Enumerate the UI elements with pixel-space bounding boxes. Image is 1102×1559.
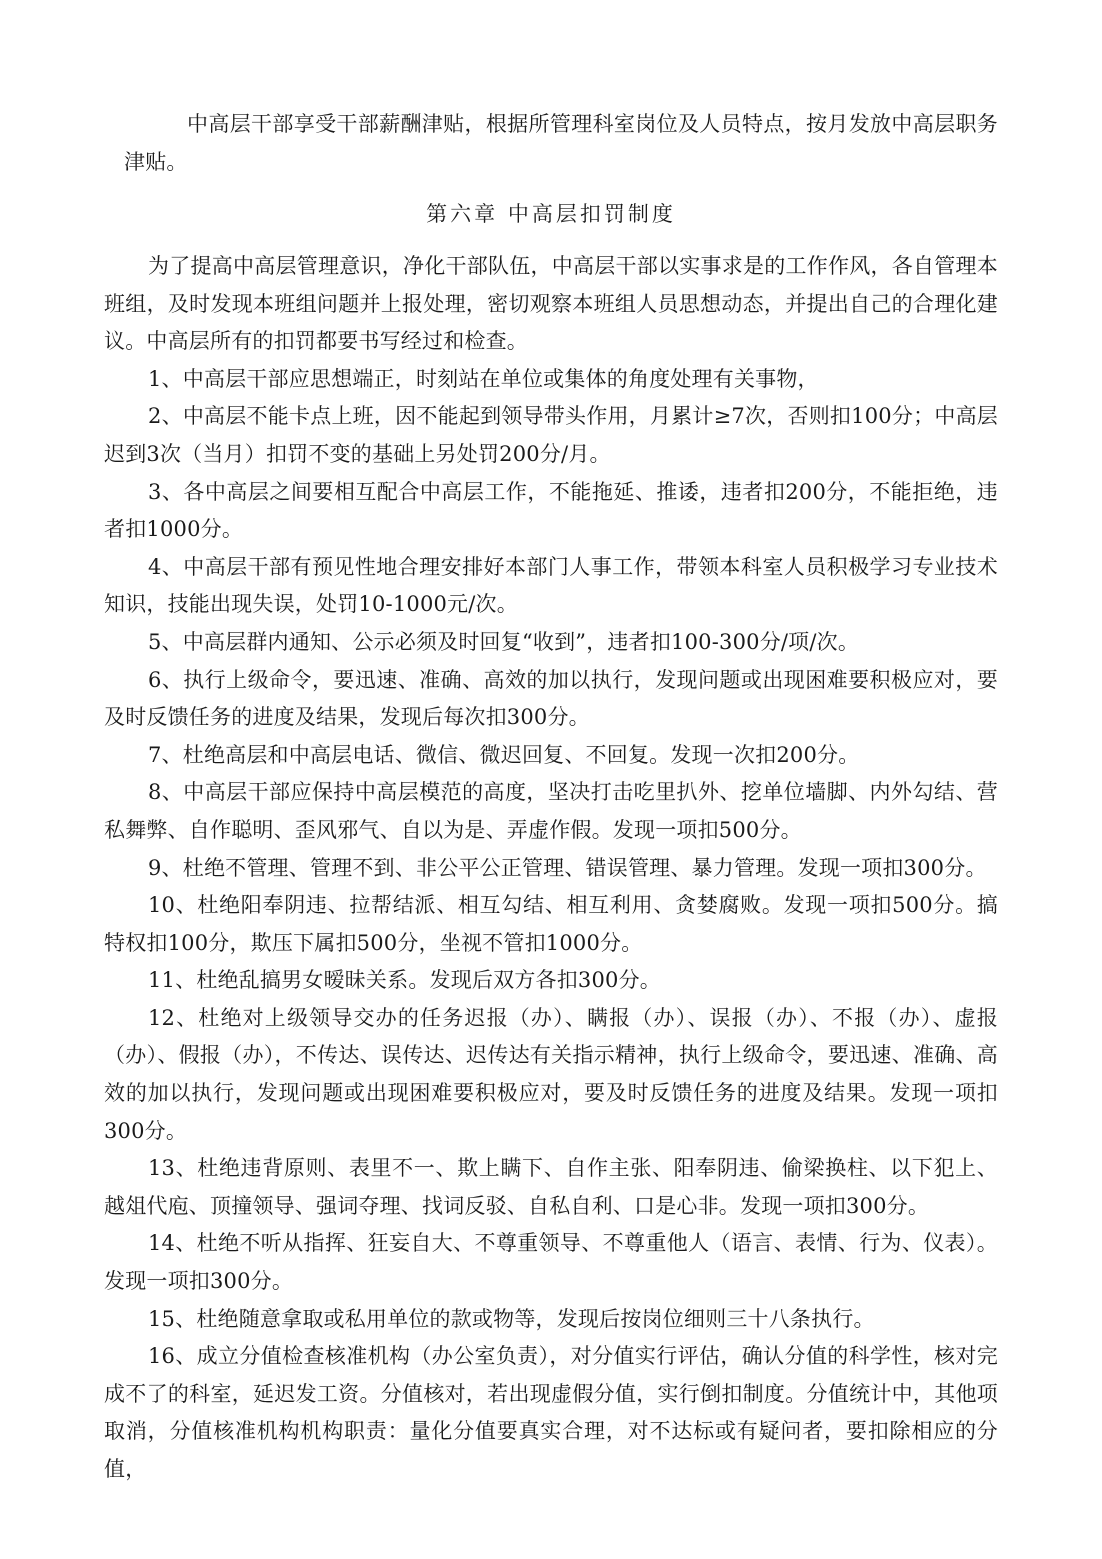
preamble-paragraph: 为了提高中高层管理意识，净化干部队伍，中高层干部以实事求是的工作作风，各自管理本…	[104, 248, 998, 361]
regulation-body: 为了提高中高层管理意识，净化干部队伍，中高层干部以实事求是的工作作风，各自管理本…	[104, 248, 998, 1489]
rule-item-10: 10、杜绝阳奉阴违、拉帮结派、相互勾结、相互利用、贪婪腐败。发现一项扣500分。…	[104, 887, 998, 962]
intro-paragraph: 中高层干部享受干部薪酬津贴，根据所管理科室岗位及人员特点，按月发放中高层职务津贴…	[124, 106, 998, 181]
rule-item-15: 15、杜绝随意拿取或私用单位的款或物等，发现后按岗位细则三十八条执行。	[104, 1301, 998, 1339]
chapter-title: 第六章 中高层扣罚制度	[0, 196, 1102, 234]
rule-item-11: 11、杜绝乱搞男女暧昧关系。发现后双方各扣300分。	[104, 962, 998, 1000]
rule-item-9: 9、杜绝不管理、管理不到、非公平公正管理、错误管理、暴力管理。发现一项扣300分…	[104, 850, 998, 888]
rule-item-6: 6、执行上级命令，要迅速、准确、高效的加以执行，发现问题或出现困难要积极应对，要…	[104, 662, 998, 737]
rule-item-7: 7、杜绝高层和中高层电话、微信、微迟回复、不回复。发现一次扣200分。	[104, 737, 998, 775]
document-page: 中高层干部享受干部薪酬津贴，根据所管理科室岗位及人员特点，按月发放中高层职务津贴…	[0, 0, 1102, 1559]
rule-item-3: 3、各中高层之间要相互配合中高层工作，不能拖延、推诿，违者扣200分，不能拒绝，…	[104, 474, 998, 549]
rule-item-2: 2、中高层不能卡点上班，因不能起到领导带头作用，月累计≥7次，否则扣100分；中…	[104, 398, 998, 473]
rule-item-1: 1、中高层干部应思想端正，时刻站在单位或集体的角度处理有关事物，	[104, 361, 998, 399]
rule-item-12: 12、杜绝对上级领导交办的任务迟报（办）、瞒报（办）、误报（办）、不报（办）、虚…	[104, 1000, 998, 1150]
rule-item-8: 8、中高层干部应保持中高层模范的高度，坚决打击吃里扒外、挖单位墙脚、内外勾结、营…	[104, 774, 998, 849]
rule-item-5: 5、中高层群内通知、公示必须及时回复“收到”，违者扣100-300分/项/次。	[104, 624, 998, 662]
rule-item-4: 4、中高层干部有预见性地合理安排好本部门人事工作，带领本科室人员积极学习专业技术…	[104, 549, 998, 624]
rule-item-16: 16、成立分值检查核准机构（办公室负责），对分值实行评估，确认分值的科学性，核对…	[104, 1338, 998, 1488]
rule-item-13: 13、杜绝违背原则、表里不一、欺上瞒下、自作主张、阳奉阴违、偷梁换柱、以下犯上、…	[104, 1150, 998, 1225]
rule-item-14: 14、杜绝不听从指挥、狂妄自大、不尊重领导、不尊重他人（语言、表情、行为、仪表）…	[104, 1225, 998, 1300]
